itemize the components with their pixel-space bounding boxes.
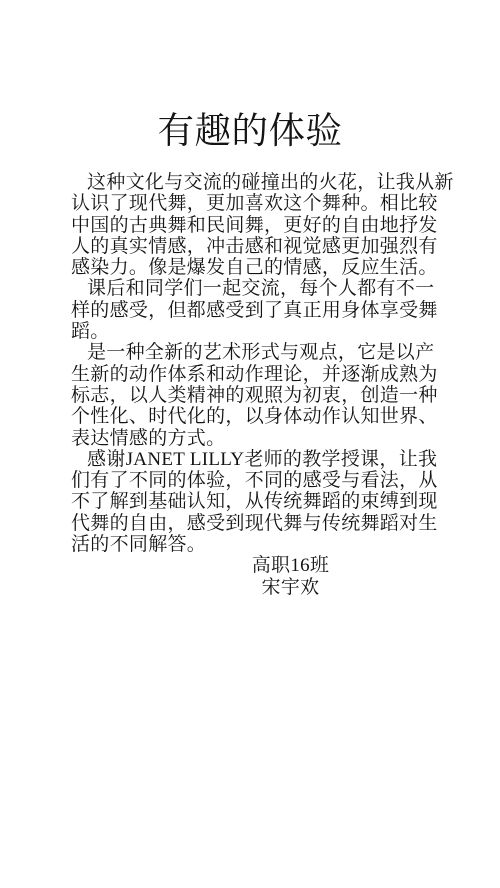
text-line: 是一种全新的艺术形式与观点，它是以产: [71, 342, 443, 363]
text-line: 代舞的自由，感受到现代舞与传统舞蹈对生: [71, 513, 443, 534]
text-line: 认识了现代舞，更加喜欢这个舞种。相比较: [71, 193, 443, 214]
signature-line: 宋宇欢: [138, 577, 443, 598]
text-line: 生新的动作体系和动作理论，并逐渐成熟为: [71, 364, 443, 385]
text-line: 标志，以人类精神的观照为初衷，创造一种: [71, 385, 443, 406]
text-line: 们有了不同的体验，不同的感受与看法，从: [71, 470, 443, 491]
document-content: 这种文化与交流的碰撞出的火花，让我从新认识了现代舞，更加喜欢这个舞种。相比较中国…: [71, 172, 443, 598]
paragraph: 课后和同学们一起交流，每个人都有不一样的感受，但都感受到了真正用身体享受舞蹈。: [71, 278, 443, 342]
text-line: 表达情感的方式。: [71, 428, 443, 449]
signature-block: 高职16班宋宇欢: [138, 555, 443, 598]
paragraph: 是一种全新的艺术形式与观点，它是以产生新的动作体系和动作理论，并逐渐成熟为标志，…: [71, 342, 443, 448]
text-line: 人的真实情感，冲击感和视觉感更加强烈有: [71, 236, 443, 257]
text-line: 蹈。: [71, 321, 443, 342]
signature-line: 高职16班: [138, 555, 443, 576]
text-line: 感谢JANET LILLY老师的教学授课，让我: [71, 449, 443, 470]
text-line: 不了解到基础认知，从传统舞蹈的束缚到现: [71, 491, 443, 512]
text-line: 个性化、时代化的，以身体动作认知世界、: [71, 406, 443, 427]
text-line: 感染力。像是爆发自己的情感，反应生活。: [71, 257, 443, 278]
text-line: 活的不同解答。: [71, 534, 443, 555]
text-line: 样的感受，但都感受到了真正用身体享受舞: [71, 300, 443, 321]
paragraph: 这种文化与交流的碰撞出的火花，让我从新认识了现代舞，更加喜欢这个舞种。相比较中国…: [71, 172, 443, 278]
document-title: 有趣的体验: [0, 0, 500, 153]
text-line: 中国的古典舞和民间舞，更好的自由地抒发: [71, 215, 443, 236]
paragraph: 感谢JANET LILLY老师的教学授课，让我们有了不同的体验，不同的感受与看法…: [71, 449, 443, 555]
text-line: 课后和同学们一起交流，每个人都有不一: [71, 278, 443, 299]
document-page: 有趣的体验 这种文化与交流的碰撞出的火花，让我从新认识了现代舞，更加喜欢这个舞种…: [0, 0, 500, 888]
text-line: 这种文化与交流的碰撞出的火花，让我从新: [71, 172, 443, 193]
document-body: 这种文化与交流的碰撞出的火花，让我从新认识了现代舞，更加喜欢这个舞种。相比较中国…: [71, 172, 443, 555]
